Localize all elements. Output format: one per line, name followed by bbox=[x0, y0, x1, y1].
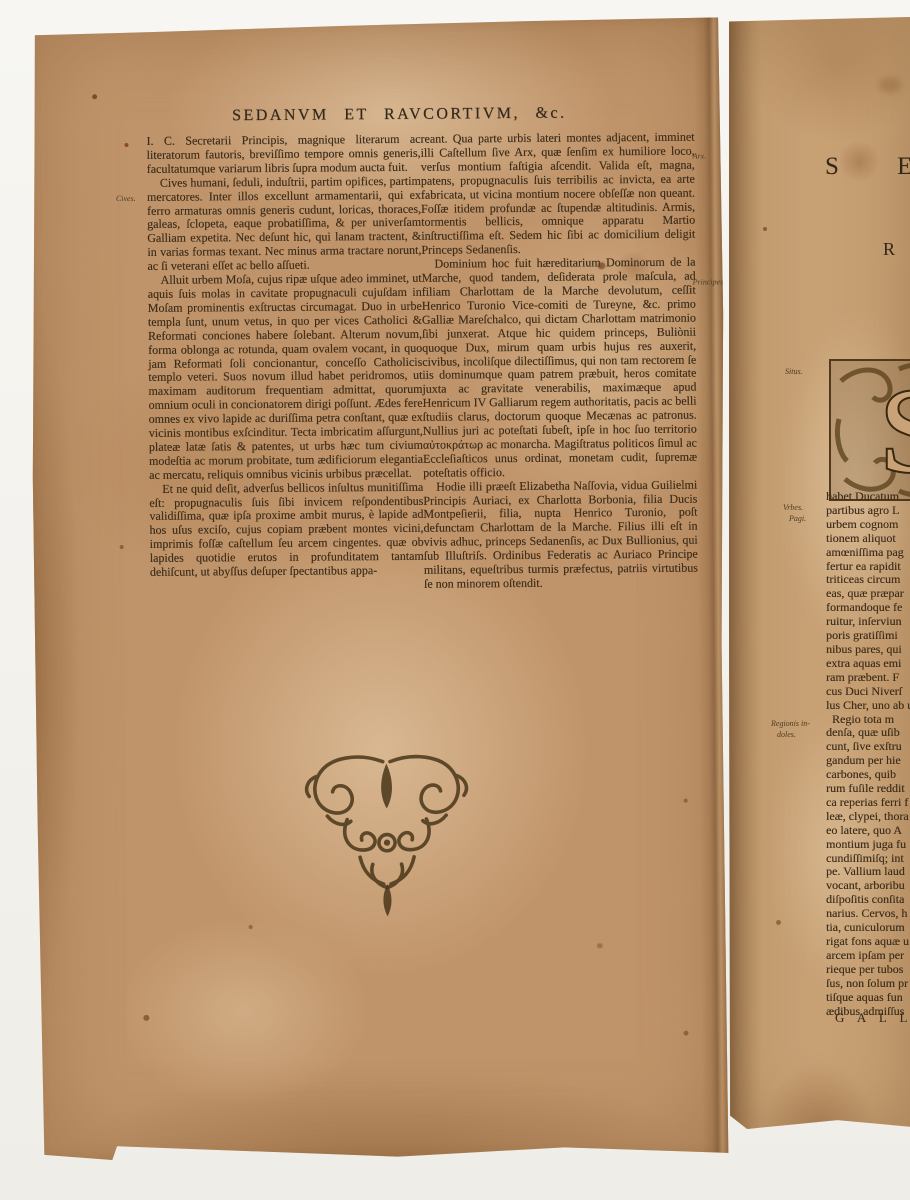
paragraph: I. C. Secretarii Principis, magnique lit… bbox=[146, 133, 420, 177]
initial-letter: S bbox=[880, 364, 910, 497]
stain-speck bbox=[597, 943, 603, 948]
paragraph: Cives humani, ſeduli, induſtrii, partim … bbox=[147, 174, 422, 273]
running-title: SEDANVM ET RAVCORTIVM, &c. bbox=[119, 104, 679, 126]
stain-blotch bbox=[879, 77, 901, 93]
page-fold-crease bbox=[729, 17, 761, 1129]
text-column-2: reant. Qua parte urbis lateri montes adj… bbox=[420, 131, 698, 592]
paragraph: Hodie illi præeſt Elizabetha Naſſovia, v… bbox=[423, 478, 698, 591]
margin-note-pagi: Pagi. bbox=[789, 514, 806, 523]
stain-speck bbox=[143, 1015, 149, 1021]
margin-note-vrbes: Vrbes. bbox=[783, 503, 803, 512]
right-page: S E R S Situs. Vrbes. Pagi. Regionis in-… bbox=[729, 17, 910, 1129]
tailpiece-ornament-icon bbox=[296, 747, 477, 923]
paragraph: Et ne quid deſit, adverſus bellicos inſu… bbox=[149, 480, 424, 579]
margin-note-regionis: Regionis in- bbox=[771, 719, 810, 728]
stain-speck bbox=[124, 143, 128, 147]
page-fold-shading bbox=[694, 17, 731, 1156]
right-page-subtitle-fragment: R bbox=[883, 239, 895, 260]
text-column-1: I. C. Secretarii Principis, magnique lit… bbox=[146, 133, 423, 580]
margin-note-doles: doles. bbox=[777, 730, 796, 739]
paragraph: reant. Qua parte urbis lateri montes adj… bbox=[420, 131, 695, 258]
right-page-text-fragment: habet Ducatum partibus agro L urbem cogn… bbox=[826, 490, 910, 1018]
decorative-initial: S bbox=[829, 359, 910, 501]
paragraph: Alluit urbem Moſa, cujus ripæ uſque adeo… bbox=[148, 272, 424, 483]
stain-speck bbox=[763, 227, 767, 231]
right-page-footer-word: G A L L bbox=[835, 1010, 910, 1026]
margin-note-situs: Situs. bbox=[785, 367, 803, 376]
left-page: SEDANVM ET RAVCORTIVM, &c. I. C. Secreta… bbox=[29, 17, 731, 1161]
stain-speck bbox=[92, 94, 97, 99]
stain-speck bbox=[683, 1031, 688, 1036]
paragraph: Dominium hoc fuit hæreditarium Dominorum… bbox=[421, 256, 697, 481]
right-page-title-fragment: S E bbox=[825, 153, 910, 181]
margin-note-arx: Arx. bbox=[693, 151, 707, 160]
stain-speck bbox=[684, 799, 688, 803]
stain-speck bbox=[597, 262, 605, 269]
stain-speck bbox=[249, 925, 253, 929]
stain-speck bbox=[776, 920, 781, 925]
stain-speck bbox=[120, 545, 124, 549]
margin-note-cives: Cives. bbox=[116, 194, 136, 203]
